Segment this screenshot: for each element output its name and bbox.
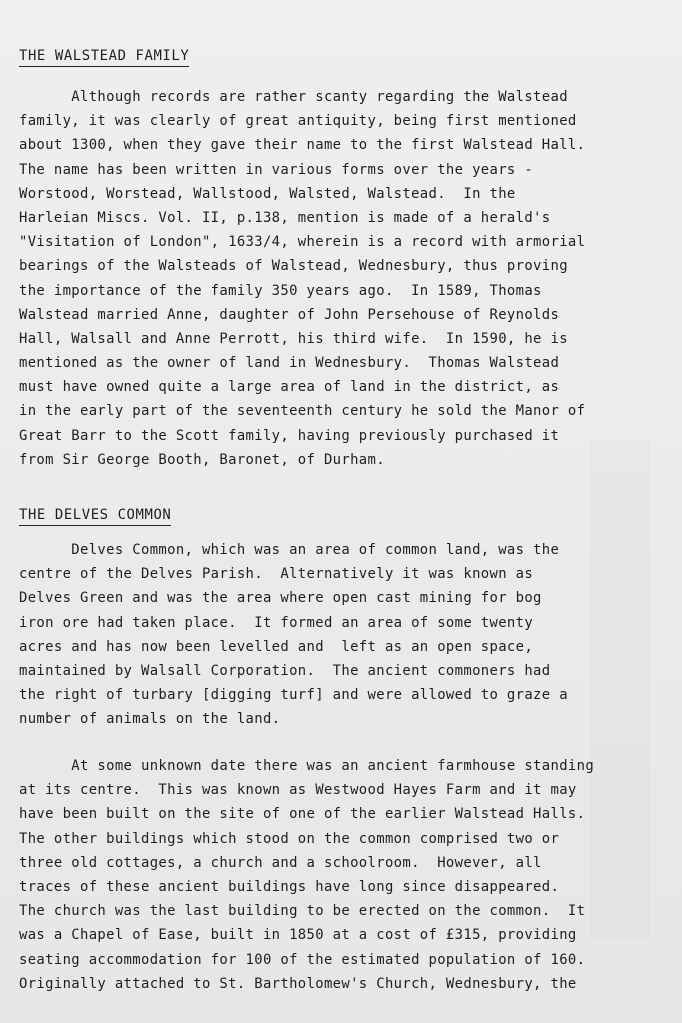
text-line: from Sir George Booth, Baronet, of Durha… [19, 448, 585, 472]
text-line: have been built on the site of one of th… [19, 802, 594, 826]
text-line: traces of these ancient buildings have l… [19, 875, 594, 899]
text-line: Although records are rather scanty regar… [19, 85, 585, 109]
text-line: iron ore had taken place. It formed an a… [19, 611, 568, 635]
text-line: centre of the Delves Parish. Alternative… [19, 562, 568, 586]
scanned-page: THE WALSTEAD FAMILY Although records are… [0, 0, 682, 1023]
text-line: must have owned quite a large area of la… [19, 375, 585, 399]
text-line: about 1300, when they gave their name to… [19, 133, 585, 157]
text-line: was a Chapel of Ease, built in 1850 at a… [19, 923, 594, 947]
text-line: three old cottages, a church and a schoo… [19, 851, 594, 875]
text-line: maintained by Walsall Corporation. The a… [19, 659, 568, 683]
paragraph-walstead-family: Although records are rather scanty regar… [19, 85, 585, 472]
text-line: The church was the last building to be e… [19, 899, 594, 923]
text-line: bearings of the Walsteads of Walstead, W… [19, 254, 585, 278]
text-line: Originally attached to St. Bartholomew's… [19, 972, 594, 996]
text-line: Harleian Miscs. Vol. II, p.138, mention … [19, 206, 585, 230]
text-line: The other buildings which stood on the c… [19, 827, 594, 851]
text-line: Worstood, Worstead, Wallstood, Walsted, … [19, 182, 585, 206]
text-line: family, it was clearly of great antiquit… [19, 109, 585, 133]
text-line: mentioned as the owner of land in Wednes… [19, 351, 585, 375]
text-line: The name has been written in various for… [19, 158, 585, 182]
section-heading-walstead-family: THE WALSTEAD FAMILY [19, 48, 189, 67]
text-line: the right of turbary [digging turf] and … [19, 683, 568, 707]
section-heading-delves-common: THE DELVES COMMON [19, 507, 171, 526]
text-line: in the early part of the seventeenth cen… [19, 399, 585, 423]
text-line: Walstead married Anne, daughter of John … [19, 303, 585, 327]
text-line: Delves Green and was the area where open… [19, 586, 568, 610]
text-line: "Visitation of London", 1633/4, wherein … [19, 230, 585, 254]
text-line: seating accommodation for 100 of the est… [19, 948, 594, 972]
text-line: number of animals on the land. [19, 707, 568, 731]
text-line: Delves Common, which was an area of comm… [19, 538, 568, 562]
text-line: Hall, Walsall and Anne Perrott, his thir… [19, 327, 585, 351]
text-line: At some unknown date there was an ancien… [19, 754, 594, 778]
paragraph-delves-common-1: Delves Common, which was an area of comm… [19, 538, 568, 732]
text-line: the importance of the family 350 years a… [19, 279, 585, 303]
text-line: acres and has now been levelled and left… [19, 635, 568, 659]
bleed-through-shadow [590, 440, 650, 940]
text-line: Great Barr to the Scott family, having p… [19, 424, 585, 448]
text-line: at its centre. This was known as Westwoo… [19, 778, 594, 802]
paragraph-delves-common-2: At some unknown date there was an ancien… [19, 754, 594, 996]
